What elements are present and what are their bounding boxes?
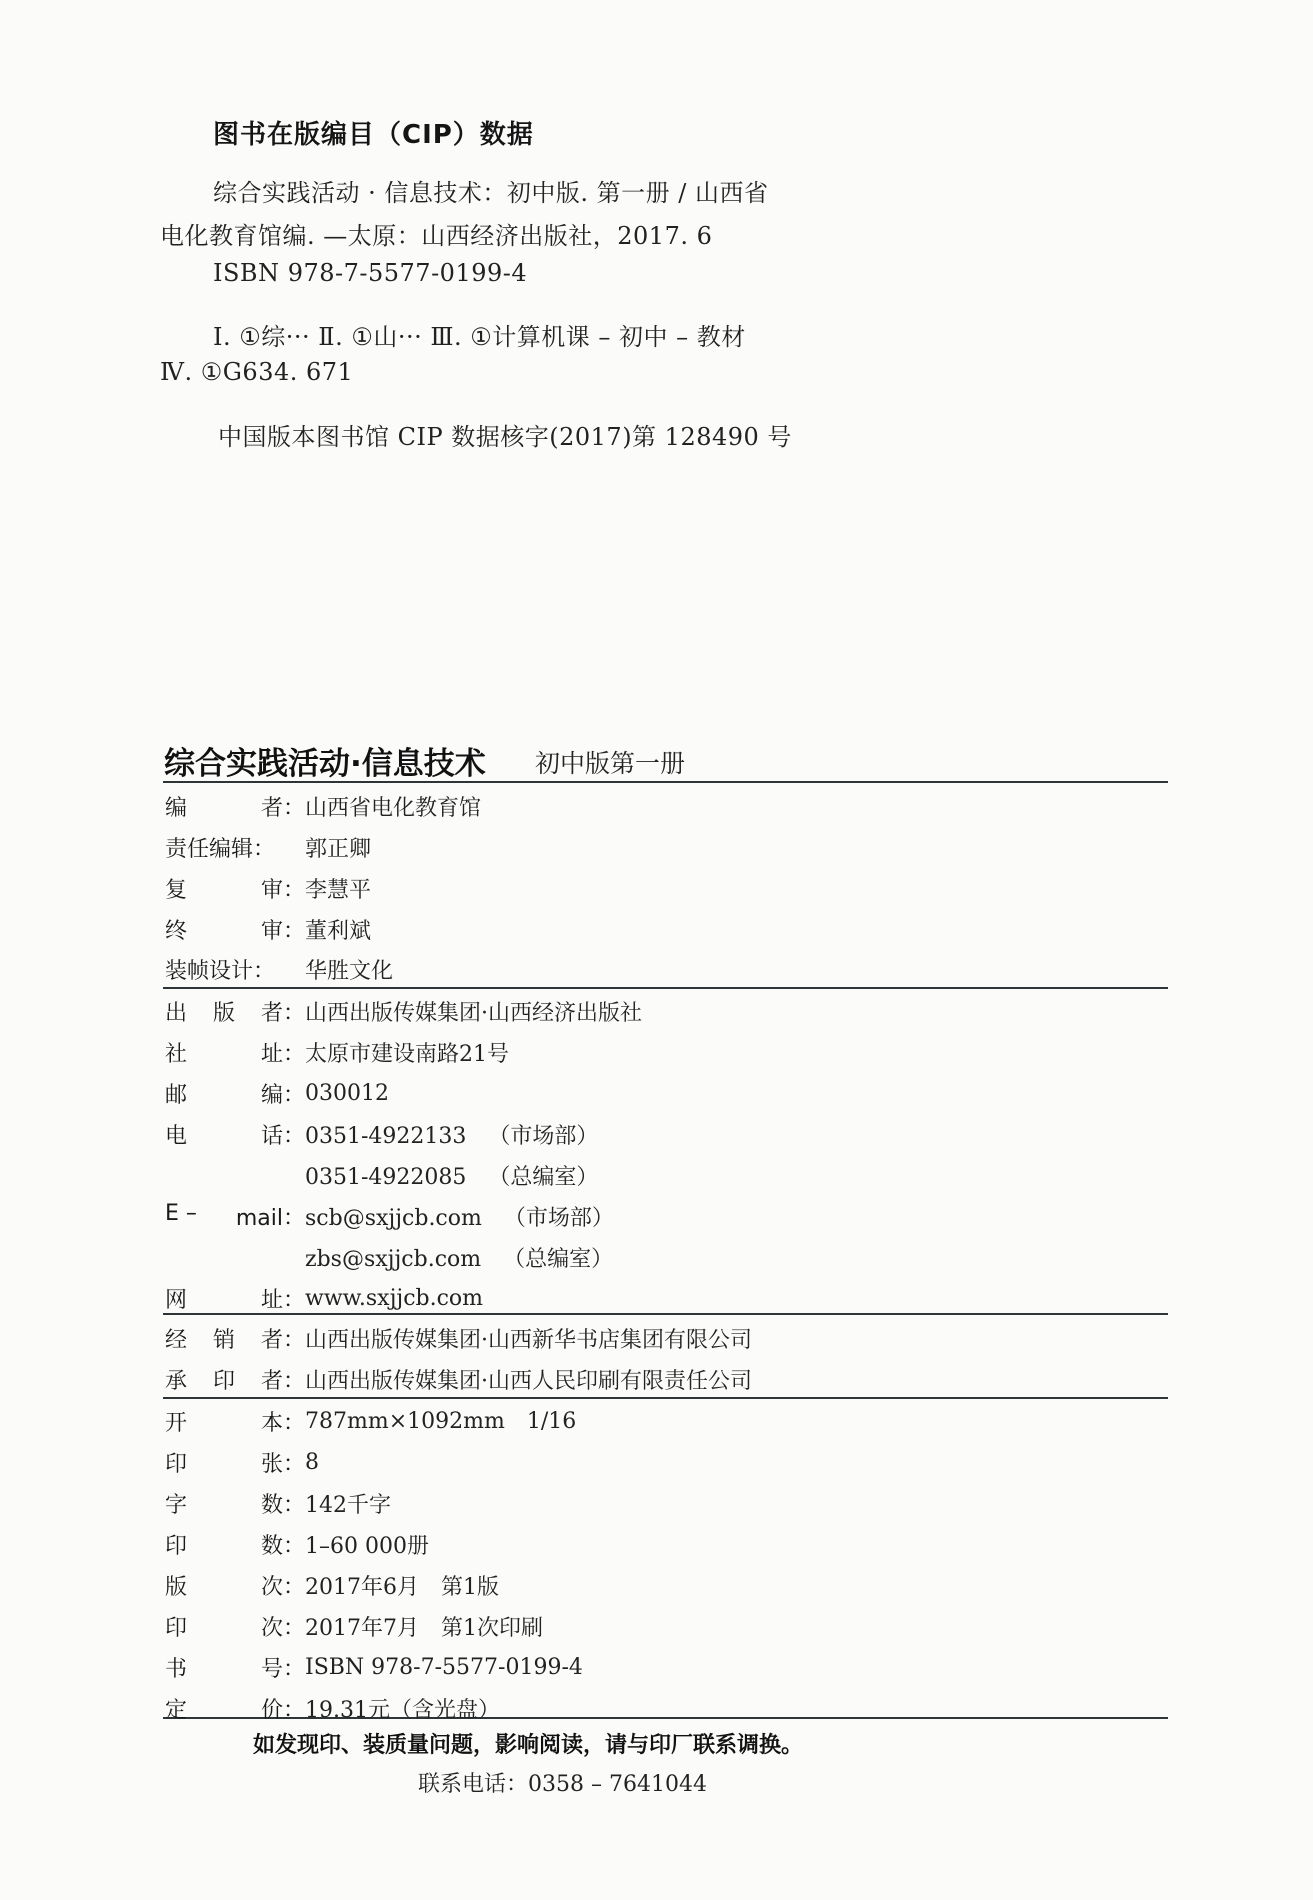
row-label: E –mail：: [165, 1201, 305, 1232]
row-value: 山西出版传媒集团·山西经济出版社: [305, 996, 642, 1027]
colophon-row-isbn: 书号： ISBN 978-7-5577-0199-4: [165, 1650, 583, 1684]
website-link[interactable]: www.sxjjcb.com: [305, 1286, 483, 1311]
row-value: 2017年6月第1版: [305, 1570, 499, 1601]
email-department: （总编室）: [503, 1247, 613, 1272]
row-value: 郭正卿: [305, 832, 371, 863]
colophon-row-phone-2: 0351-4922085（总编室）: [165, 1158, 598, 1192]
colophon-row-final-review: 终审： 董利斌: [165, 912, 371, 946]
row-value: 030012: [305, 1081, 389, 1106]
cip-heading: 图书在版编目（CIP）数据: [213, 114, 534, 151]
phone-number: 0351-4922085: [305, 1165, 466, 1190]
contact-phone: 联系电话：0358 – 7641044: [418, 1767, 707, 1798]
cip-line-isbn: ISBN 978-7-5577-0199-4: [213, 259, 527, 287]
colophon-row-distributor: 经销者： 山西出版传媒集团·山西新华书店集团有限公司: [165, 1321, 752, 1355]
colophon-row-impression: 印次： 2017年7月第1次印刷: [165, 1609, 543, 1643]
cip-line-classification: Ⅰ. ①综··· Ⅱ. ①山··· Ⅲ. ①计算机课 – 初中 – 教材: [213, 317, 746, 352]
row-value: 8: [305, 1450, 319, 1475]
row-value: 李慧平: [305, 873, 371, 904]
colophon-row-printer: 承印者： 山西出版传媒集团·山西人民印刷有限责任公司: [165, 1362, 752, 1396]
quality-notice: 如发现印、装质量问题，影响阅读，请与印厂联系调换。: [253, 1728, 803, 1759]
row-label: 书号：: [165, 1652, 305, 1683]
email-address[interactable]: scb@sxjjcb.com: [305, 1206, 482, 1231]
divider-rule: [163, 781, 1168, 783]
phone-department: （市场部）: [488, 1124, 598, 1149]
colophon-row-email-2: zbs@sxjjcb.com（总编室）: [165, 1240, 613, 1274]
impression-date: 2017年7月: [305, 1616, 419, 1641]
colophon-row-phone: 电话： 0351-4922133（市场部）: [165, 1117, 598, 1151]
row-label: 经销者：: [165, 1323, 305, 1354]
row-value: 华胜文化: [305, 954, 393, 985]
colophon-row-publisher: 出版者： 山西出版传媒集团·山西经济出版社: [165, 994, 642, 1028]
row-label: 定价：: [165, 1693, 305, 1724]
row-value: scb@sxjjcb.com（市场部）: [305, 1201, 614, 1232]
row-label: 编者：: [165, 791, 305, 822]
colophon-row-format: 开本： 787mm×1092mm1/16: [165, 1404, 576, 1438]
row-value: 142千字: [305, 1488, 391, 1519]
row-label: 出版者：: [165, 996, 305, 1027]
divider-rule: [163, 987, 1168, 989]
colophon-title: 综合实践活动·信息技术: [164, 738, 486, 783]
row-label: 网址：: [165, 1283, 305, 1314]
row-value: 1–60 000册: [305, 1529, 429, 1560]
divider-rule: [163, 1397, 1168, 1399]
row-label: 装帧设计：: [165, 954, 305, 985]
row-label: 字数：: [165, 1488, 305, 1519]
format-size: 787mm×1092mm: [305, 1409, 505, 1434]
row-value: 山西出版传媒集团·山西人民印刷有限责任公司: [305, 1364, 752, 1395]
edition-number: 第1版: [441, 1575, 499, 1600]
email-address[interactable]: zbs@sxjjcb.com: [305, 1247, 481, 1272]
row-label: 电话：: [165, 1119, 305, 1150]
price-note: （含光盘）: [390, 1698, 500, 1723]
row-value: 太原市建设南路21号: [305, 1037, 509, 1068]
row-label: 社址：: [165, 1037, 305, 1068]
row-value: ISBN 978-7-5577-0199-4: [305, 1655, 583, 1680]
row-label: 承印者：: [165, 1364, 305, 1395]
row-label: 开本：: [165, 1406, 305, 1437]
row-label: 责任编辑：: [165, 832, 305, 863]
colophon-row-edition: 版次： 2017年6月第1版: [165, 1568, 499, 1602]
colophon-row-review: 复审： 李慧平: [165, 871, 371, 905]
colophon-row-email: E –mail： scb@sxjjcb.com（市场部）: [165, 1199, 614, 1233]
impression-number: 第1次印刷: [441, 1616, 543, 1641]
colophon-subtitle: 初中版第一册: [535, 744, 685, 780]
colophon-row-sheets: 印张： 8: [165, 1445, 319, 1479]
row-value: 董利斌: [305, 914, 371, 945]
row-value: 2017年7月第1次印刷: [305, 1611, 543, 1642]
colophon-row-editor: 编者： 山西省电化教育馆: [165, 789, 481, 823]
row-value: zbs@sxjjcb.com（总编室）: [305, 1242, 613, 1273]
colophon-row-cover-design: 装帧设计： 华胜文化: [165, 952, 393, 986]
colophon-row-address: 社址： 太原市建设南路21号: [165, 1035, 509, 1069]
row-value: 787mm×1092mm1/16: [305, 1409, 576, 1434]
colophon-row-postcode: 邮编： 030012: [165, 1076, 389, 1110]
colophon-row-responsible-editor: 责任编辑： 郭正卿: [165, 830, 371, 864]
cip-line-publisher: 电化教育馆编. —太原：山西经济出版社，2017. 6: [160, 216, 712, 251]
row-label: 邮编：: [165, 1078, 305, 1109]
cip-line-title: 综合实践活动 · 信息技术：初中版. 第一册 / 山西省: [213, 173, 769, 208]
price-amount: 19.31元: [305, 1698, 390, 1723]
row-value: 山西出版传媒集团·山西新华书店集团有限公司: [305, 1323, 752, 1354]
format-fold: 1/16: [527, 1409, 576, 1434]
colophon-row-word-count: 字数： 142千字: [165, 1486, 391, 1520]
row-label: 印张：: [165, 1447, 305, 1478]
colophon-row-website: 网址： www.sxjjcb.com: [165, 1281, 483, 1315]
cip-line-class-number: Ⅳ. ①G634. 671: [160, 358, 353, 386]
edition-date: 2017年6月: [305, 1575, 419, 1600]
row-value: 山西省电化教育馆: [305, 791, 481, 822]
row-label: 复审：: [165, 873, 305, 904]
colophon-row-print-run: 印数： 1–60 000册: [165, 1527, 429, 1561]
row-label: 版次：: [165, 1570, 305, 1601]
cip-line-record-number: 中国版本图书馆 CIP 数据核字(2017)第 128490 号: [218, 417, 792, 452]
colophon-row-price: 定价： 19.31元（含光盘）: [165, 1691, 500, 1725]
row-label: 印次：: [165, 1611, 305, 1642]
row-label: 印数：: [165, 1529, 305, 1560]
email-department: （市场部）: [504, 1206, 614, 1231]
phone-number: 0351-4922133: [305, 1124, 466, 1149]
phone-department: （总编室）: [488, 1165, 598, 1190]
row-value: 0351-4922133（市场部）: [305, 1119, 598, 1150]
row-label: 终审：: [165, 914, 305, 945]
row-value: 0351-4922085（总编室）: [305, 1160, 598, 1191]
row-value: 19.31元（含光盘）: [305, 1693, 500, 1724]
